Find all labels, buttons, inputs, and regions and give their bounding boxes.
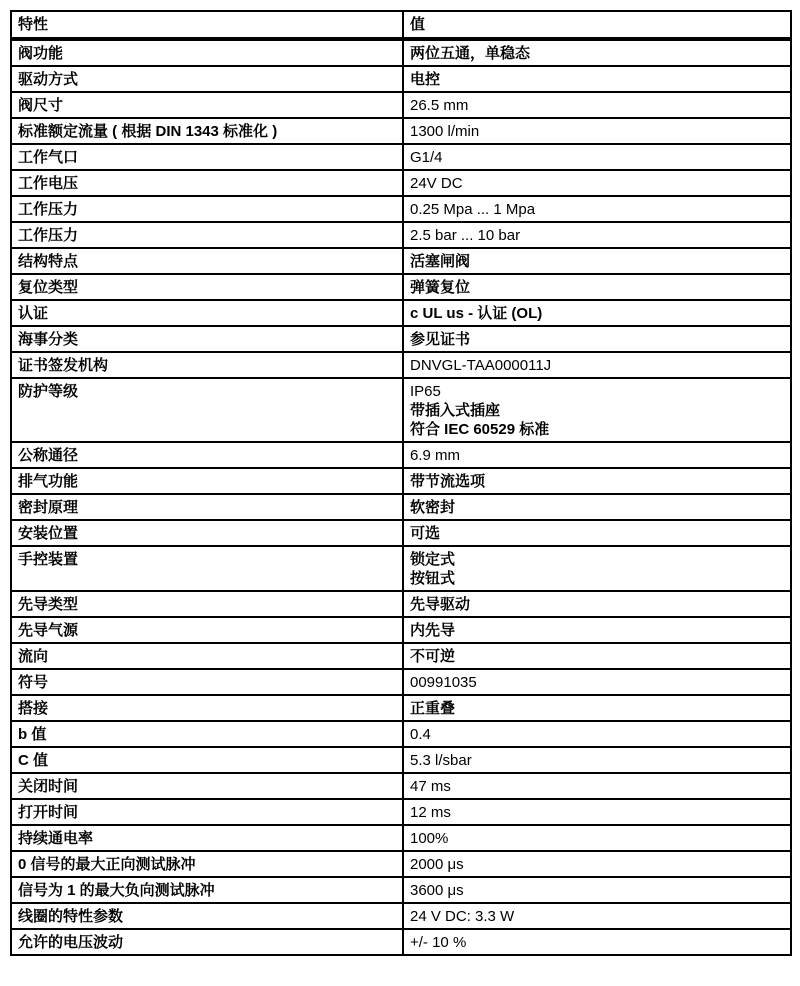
spec-table: 特性 值 阀功能两位五通，单稳态驱动方式电控阀尺寸26.5 mm标准额定流量 (… bbox=[10, 10, 792, 956]
table-row: 持续通电率100% bbox=[11, 825, 791, 851]
value-line: 两位五通，单稳态 bbox=[410, 44, 784, 63]
table-row: 0 信号的最大正向测试脉冲2000 μs bbox=[11, 851, 791, 877]
value-line: 带插入式插座 bbox=[410, 401, 784, 420]
value-line: c UL us - 认证 (OL) bbox=[410, 304, 784, 323]
value-line: 100% bbox=[410, 829, 784, 848]
property-cell: 结构特点 bbox=[11, 248, 403, 274]
property-cell: 标准额定流量 ( 根据 DIN 1343 标准化 ) bbox=[11, 118, 403, 144]
table-row: 线圈的特性参数24 V DC: 3.3 W bbox=[11, 903, 791, 929]
value-line: 电控 bbox=[410, 70, 784, 89]
property-cell: 工作电压 bbox=[11, 170, 403, 196]
property-cell: 驱动方式 bbox=[11, 66, 403, 92]
value-line: 6.9 mm bbox=[410, 446, 784, 465]
value-cell: 锁定式按钮式 bbox=[403, 546, 791, 591]
property-cell: 防护等级 bbox=[11, 378, 403, 442]
value-cell: 先导驱动 bbox=[403, 591, 791, 617]
property-cell: 公称通径 bbox=[11, 442, 403, 468]
property-cell: 打开时间 bbox=[11, 799, 403, 825]
table-row: 公称通径6.9 mm bbox=[11, 442, 791, 468]
value-line: 0.4 bbox=[410, 725, 784, 744]
value-line: 26.5 mm bbox=[410, 96, 784, 115]
value-line: 2000 μs bbox=[410, 855, 784, 874]
value-line: 24 V DC: 3.3 W bbox=[410, 907, 784, 926]
value-line: 活塞闸阀 bbox=[410, 252, 784, 271]
value-cell: 47 ms bbox=[403, 773, 791, 799]
value-cell: 0.4 bbox=[403, 721, 791, 747]
value-cell: 可选 bbox=[403, 520, 791, 546]
value-cell: 电控 bbox=[403, 66, 791, 92]
value-cell: 0.25 Mpa ... 1 Mpa bbox=[403, 196, 791, 222]
property-cell: 工作压力 bbox=[11, 196, 403, 222]
value-line: 不可逆 bbox=[410, 647, 784, 666]
value-cell: 弹簧复位 bbox=[403, 274, 791, 300]
table-row: 流向不可逆 bbox=[11, 643, 791, 669]
table-row: 工作气口G1/4 bbox=[11, 144, 791, 170]
property-cell: 工作压力 bbox=[11, 222, 403, 248]
value-cell: 正重叠 bbox=[403, 695, 791, 721]
property-cell: 允许的电压波动 bbox=[11, 929, 403, 955]
value-cell: 6.9 mm bbox=[403, 442, 791, 468]
table-row: 结构特点活塞闸阀 bbox=[11, 248, 791, 274]
property-cell: 密封原理 bbox=[11, 494, 403, 520]
value-cell: 内先导 bbox=[403, 617, 791, 643]
value-cell: 26.5 mm bbox=[403, 92, 791, 118]
value-cell: +/- 10 % bbox=[403, 929, 791, 955]
table-row: 安装位置可选 bbox=[11, 520, 791, 546]
table-row: 驱动方式电控 bbox=[11, 66, 791, 92]
value-cell: 00991035 bbox=[403, 669, 791, 695]
property-cell: 流向 bbox=[11, 643, 403, 669]
column-header-property: 特性 bbox=[11, 11, 403, 39]
property-cell: 先导气源 bbox=[11, 617, 403, 643]
value-cell: 1300 l/min bbox=[403, 118, 791, 144]
value-line: 软密封 bbox=[410, 498, 784, 517]
value-line: 47 ms bbox=[410, 777, 784, 796]
value-line: 弹簧复位 bbox=[410, 278, 784, 297]
value-cell: DNVGL-TAA000011J bbox=[403, 352, 791, 378]
spec-table-body: 阀功能两位五通，单稳态驱动方式电控阀尺寸26.5 mm标准额定流量 ( 根据 D… bbox=[11, 39, 791, 955]
value-cell: 5.3 l/sbar bbox=[403, 747, 791, 773]
value-line: 0.25 Mpa ... 1 Mpa bbox=[410, 200, 784, 219]
value-line: 可选 bbox=[410, 524, 784, 543]
table-row: 搭接正重叠 bbox=[11, 695, 791, 721]
property-cell: 阀功能 bbox=[11, 39, 403, 66]
table-row: 手控装置锁定式按钮式 bbox=[11, 546, 791, 591]
table-row: 打开时间12 ms bbox=[11, 799, 791, 825]
property-cell: b 值 bbox=[11, 721, 403, 747]
property-cell: 符号 bbox=[11, 669, 403, 695]
property-cell: 先导类型 bbox=[11, 591, 403, 617]
table-row: 阀功能两位五通，单稳态 bbox=[11, 39, 791, 66]
value-line: 先导驱动 bbox=[410, 595, 784, 614]
value-cell: c UL us - 认证 (OL) bbox=[403, 300, 791, 326]
property-cell: 工作气口 bbox=[11, 144, 403, 170]
value-cell: 100% bbox=[403, 825, 791, 851]
table-row: 关闭时间47 ms bbox=[11, 773, 791, 799]
property-cell: 线圈的特性参数 bbox=[11, 903, 403, 929]
table-row: b 值0.4 bbox=[11, 721, 791, 747]
value-line: G1/4 bbox=[410, 148, 784, 167]
value-cell: 软密封 bbox=[403, 494, 791, 520]
property-cell: 信号为 1 的最大负向测试脉冲 bbox=[11, 877, 403, 903]
value-line: 24V DC bbox=[410, 174, 784, 193]
property-cell: 阀尺寸 bbox=[11, 92, 403, 118]
table-row: 防护等级IP65带插入式插座符合 IEC 60529 标准 bbox=[11, 378, 791, 442]
spec-table-header: 特性 值 bbox=[11, 11, 791, 39]
column-header-value: 值 bbox=[403, 11, 791, 39]
value-line: 参见证书 bbox=[410, 330, 784, 349]
value-cell: 两位五通，单稳态 bbox=[403, 39, 791, 66]
property-cell: C 值 bbox=[11, 747, 403, 773]
value-cell: 24V DC bbox=[403, 170, 791, 196]
header-row: 特性 值 bbox=[11, 11, 791, 39]
value-line: 按钮式 bbox=[410, 569, 784, 588]
table-row: 符号00991035 bbox=[11, 669, 791, 695]
value-line: IP65 bbox=[410, 382, 784, 401]
property-cell: 海事分类 bbox=[11, 326, 403, 352]
table-row: 阀尺寸26.5 mm bbox=[11, 92, 791, 118]
value-line: +/- 10 % bbox=[410, 933, 784, 952]
value-cell: 2000 μs bbox=[403, 851, 791, 877]
value-line: 锁定式 bbox=[410, 550, 784, 569]
table-row: 工作电压24V DC bbox=[11, 170, 791, 196]
value-cell: IP65带插入式插座符合 IEC 60529 标准 bbox=[403, 378, 791, 442]
value-cell: 带节流选项 bbox=[403, 468, 791, 494]
value-line: 2.5 bar ... 10 bar bbox=[410, 226, 784, 245]
value-cell: 24 V DC: 3.3 W bbox=[403, 903, 791, 929]
table-row: 排气功能带节流选项 bbox=[11, 468, 791, 494]
value-cell: 活塞闸阀 bbox=[403, 248, 791, 274]
table-row: C 值5.3 l/sbar bbox=[11, 747, 791, 773]
value-line: 带节流选项 bbox=[410, 472, 784, 491]
value-cell: 2.5 bar ... 10 bar bbox=[403, 222, 791, 248]
value-cell: 12 ms bbox=[403, 799, 791, 825]
property-cell: 搭接 bbox=[11, 695, 403, 721]
property-cell: 持续通电率 bbox=[11, 825, 403, 851]
value-line: 内先导 bbox=[410, 621, 784, 640]
table-row: 允许的电压波动+/- 10 % bbox=[11, 929, 791, 955]
value-line: 3600 μs bbox=[410, 881, 784, 900]
table-row: 信号为 1 的最大负向测试脉冲3600 μs bbox=[11, 877, 791, 903]
value-cell: 不可逆 bbox=[403, 643, 791, 669]
value-line: 符合 IEC 60529 标准 bbox=[410, 420, 784, 439]
property-cell: 手控装置 bbox=[11, 546, 403, 591]
table-row: 证书签发机构DNVGL-TAA000011J bbox=[11, 352, 791, 378]
value-line: 12 ms bbox=[410, 803, 784, 822]
table-row: 先导类型先导驱动 bbox=[11, 591, 791, 617]
property-cell: 关闭时间 bbox=[11, 773, 403, 799]
value-cell: G1/4 bbox=[403, 144, 791, 170]
table-row: 认证c UL us - 认证 (OL) bbox=[11, 300, 791, 326]
table-row: 工作压力2.5 bar ... 10 bar bbox=[11, 222, 791, 248]
table-row: 先导气源内先导 bbox=[11, 617, 791, 643]
property-cell: 证书签发机构 bbox=[11, 352, 403, 378]
value-line: 正重叠 bbox=[410, 699, 784, 718]
table-row: 工作压力0.25 Mpa ... 1 Mpa bbox=[11, 196, 791, 222]
table-row: 海事分类参见证书 bbox=[11, 326, 791, 352]
value-line: 1300 l/min bbox=[410, 122, 784, 141]
table-row: 复位类型弹簧复位 bbox=[11, 274, 791, 300]
table-row: 密封原理软密封 bbox=[11, 494, 791, 520]
property-cell: 认证 bbox=[11, 300, 403, 326]
value-line: 00991035 bbox=[410, 673, 784, 692]
spec-sheet: 特性 值 阀功能两位五通，单稳态驱动方式电控阀尺寸26.5 mm标准额定流量 (… bbox=[10, 10, 790, 956]
property-cell: 0 信号的最大正向测试脉冲 bbox=[11, 851, 403, 877]
value-line: DNVGL-TAA000011J bbox=[410, 356, 784, 375]
property-cell: 排气功能 bbox=[11, 468, 403, 494]
value-cell: 参见证书 bbox=[403, 326, 791, 352]
value-line: 5.3 l/sbar bbox=[410, 751, 784, 770]
property-cell: 复位类型 bbox=[11, 274, 403, 300]
property-cell: 安装位置 bbox=[11, 520, 403, 546]
value-cell: 3600 μs bbox=[403, 877, 791, 903]
table-row: 标准额定流量 ( 根据 DIN 1343 标准化 )1300 l/min bbox=[11, 118, 791, 144]
